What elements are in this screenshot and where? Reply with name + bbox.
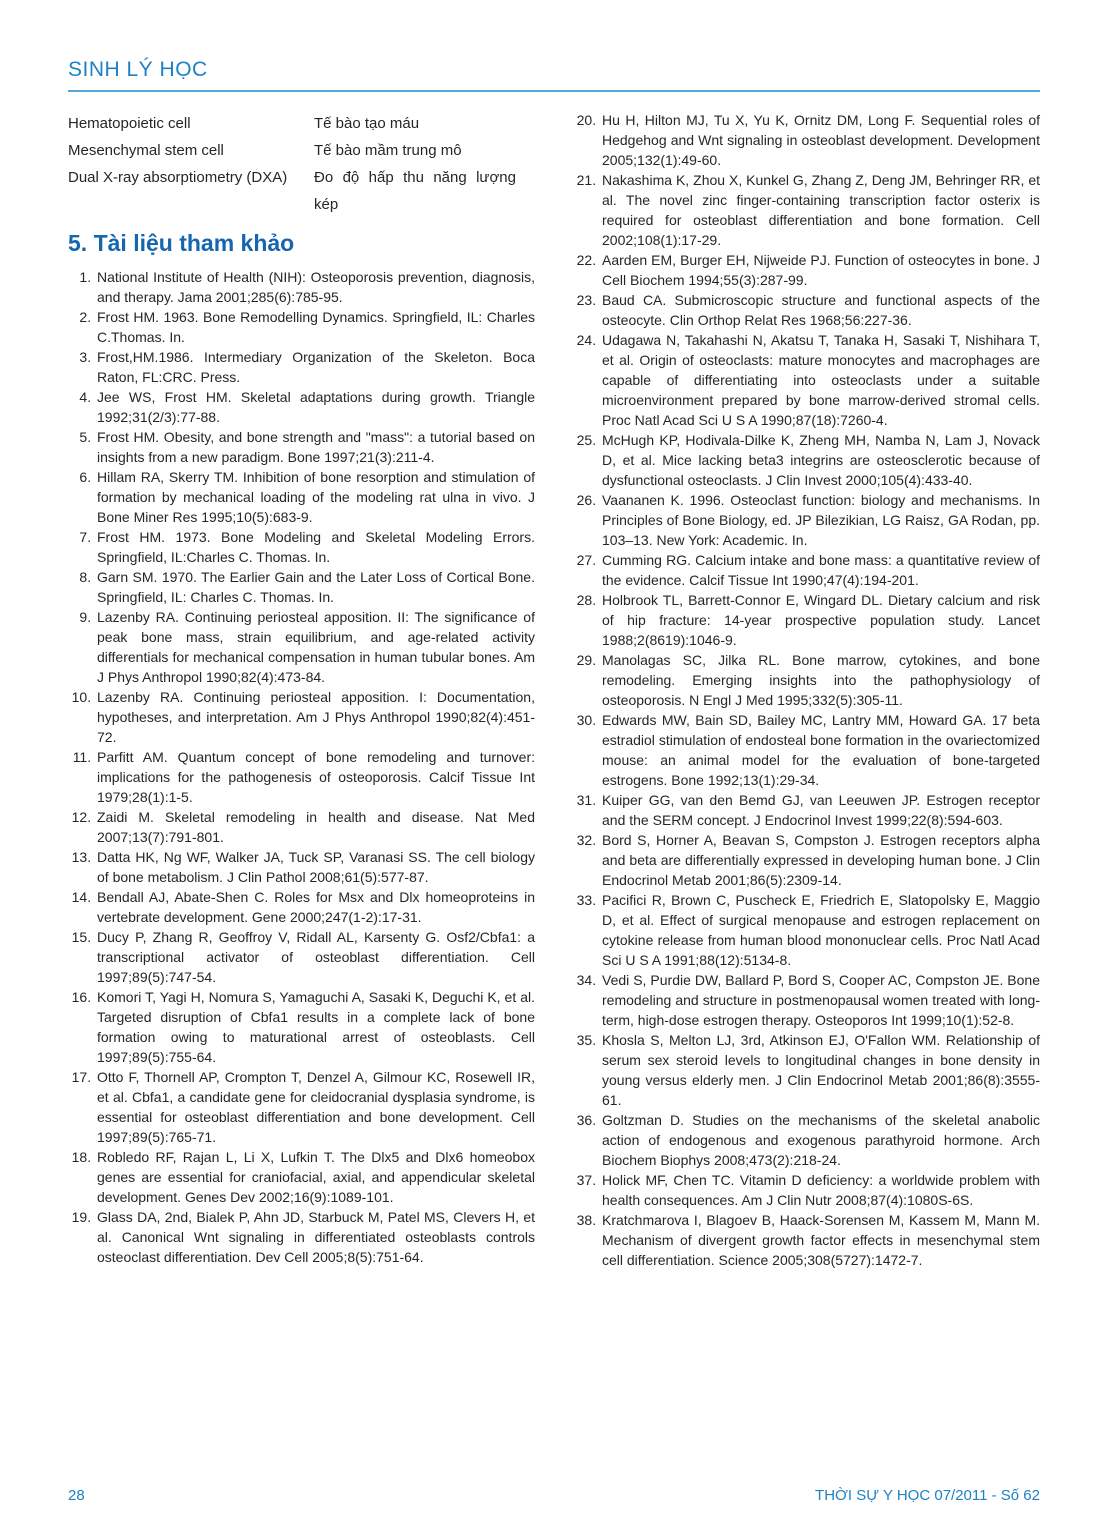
reference-item: Lazenby RA. Continuing periosteal apposi… xyxy=(95,687,535,747)
references-list-left: National Institute of Health (NIH): Oste… xyxy=(68,267,535,1267)
reference-item: Lazenby RA. Continuing periosteal apposi… xyxy=(95,607,535,687)
glossary-term-en: Mesenchymal stem cell xyxy=(68,137,298,164)
reference-item: Nakashima K, Zhou X, Kunkel G, Zhang Z, … xyxy=(600,170,1040,250)
reference-item: Bendall AJ, Abate-Shen C. Roles for Msx … xyxy=(95,887,535,927)
reference-item: McHugh KP, Hodivala-Dilke K, Zheng MH, N… xyxy=(600,430,1040,490)
two-column-layout: Hematopoietic cell Tế bào tạo máu Mesenc… xyxy=(68,110,1040,1270)
reference-item: Aarden EM, Burger EH, Nijweide PJ. Funct… xyxy=(600,250,1040,290)
page-number: 28 xyxy=(68,1487,85,1504)
reference-item: Kuiper GG, van den Bemd GJ, van Leeuwen … xyxy=(600,790,1040,830)
reference-item: Komori T, Yagi H, Nomura S, Yamaguchi A,… xyxy=(95,987,535,1067)
reference-item: Manolagas SC, Jilka RL. Bone marrow, cyt… xyxy=(600,650,1040,710)
glossary-row: Dual X-ray absorptiometry (DXA) Đo độ hấ… xyxy=(68,164,535,218)
reference-item: Frost HM. 1973. Bone Modeling and Skelet… xyxy=(95,527,535,567)
reference-item: Glass DA, 2nd, Bialek P, Ahn JD, Starbuc… xyxy=(95,1207,535,1267)
reference-item: Hu H, Hilton MJ, Tu X, Yu K, Ornitz DM, … xyxy=(600,110,1040,170)
reference-item: Ducy P, Zhang R, Geoffroy V, Ridall AL, … xyxy=(95,927,535,987)
reference-item: Robledo RF, Rajan L, Li X, Lufkin T. The… xyxy=(95,1147,535,1207)
reference-item: Hillam RA, Skerry TM. Inhibition of bone… xyxy=(95,467,535,527)
reference-item: Goltzman D. Studies on the mechanisms of… xyxy=(600,1110,1040,1170)
glossary-term-en: Hematopoietic cell xyxy=(68,110,298,137)
glossary-row: Mesenchymal stem cell Tế bào mầm trung m… xyxy=(68,137,535,164)
glossary-row: Hematopoietic cell Tế bào tạo máu xyxy=(68,110,535,137)
reference-item: Frost HM. 1963. Bone Remodelling Dynamic… xyxy=(95,307,535,347)
reference-item: National Institute of Health (NIH): Oste… xyxy=(95,267,535,307)
reference-item: Datta HK, Ng WF, Walker JA, Tuck SP, Var… xyxy=(95,847,535,887)
reference-item: Vedi S, Purdie DW, Ballard P, Bord S, Co… xyxy=(600,970,1040,1030)
glossary-term-en: Dual X-ray absorptiometry (DXA) xyxy=(68,164,298,218)
reference-item: Jee WS, Frost HM. Skeletal adaptations d… xyxy=(95,387,535,427)
left-column: Hematopoietic cell Tế bào tạo máu Mesenc… xyxy=(68,110,535,1270)
reference-item: Cumming RG. Calcium intake and bone mass… xyxy=(600,550,1040,590)
reference-item: Pacifici R, Brown C, Puscheck E, Friedri… xyxy=(600,890,1040,970)
references-list-right: Hu H, Hilton MJ, Tu X, Yu K, Ornitz DM, … xyxy=(573,110,1040,1270)
reference-item: Khosla S, Melton LJ, 3rd, Atkinson EJ, O… xyxy=(600,1030,1040,1110)
references-heading: 5. Tài liệu tham khảo xyxy=(68,230,535,257)
glossary-term-vi: Đo độ hấp thu năng lượng kép xyxy=(314,164,516,218)
reference-item: Vaananen K. 1996. Osteoclast function: b… xyxy=(600,490,1040,550)
reference-item: Otto F, Thornell AP, Crompton T, Denzel … xyxy=(95,1067,535,1147)
glossary-term-vi: Tế bào tạo máu xyxy=(314,110,516,137)
reference-item: Udagawa N, Takahashi N, Akatsu T, Tanaka… xyxy=(600,330,1040,430)
journal-title: THỜI SỰ Y HỌC 07/2011 - Số 62 xyxy=(815,1487,1040,1504)
journal-page: SINH LÝ HỌC Hematopoietic cell Tế bào tạ… xyxy=(0,0,1108,1520)
right-column: Hu H, Hilton MJ, Tu X, Yu K, Ornitz DM, … xyxy=(573,110,1040,1270)
reference-item: Parfitt AM. Quantum concept of bone remo… xyxy=(95,747,535,807)
reference-item: Kratchmarova I, Blagoev B, Haack-Sorense… xyxy=(600,1210,1040,1270)
reference-item: Zaidi M. Skeletal remodeling in health a… xyxy=(95,807,535,847)
section-header: SINH LÝ HỌC xyxy=(68,58,1040,82)
reference-item: Holbrook TL, Barrett-Connor E, Wingard D… xyxy=(600,590,1040,650)
reference-item: Edwards MW, Bain SD, Bailey MC, Lantry M… xyxy=(600,710,1040,790)
reference-item: Bord S, Horner A, Beavan S, Compston J. … xyxy=(600,830,1040,890)
reference-item: Garn SM. 1970. The Earlier Gain and the … xyxy=(95,567,535,607)
reference-item: Frost HM. Obesity, and bone strength and… xyxy=(95,427,535,467)
reference-item: Baud CA. Submicroscopic structure and fu… xyxy=(600,290,1040,330)
page-footer: 28 THỜI SỰ Y HỌC 07/2011 - Số 62 xyxy=(68,1487,1040,1504)
glossary-term-vi: Tế bào mầm trung mô xyxy=(314,137,516,164)
page-content: SINH LÝ HỌC Hematopoietic cell Tế bào tạ… xyxy=(68,58,1040,1270)
reference-item: Frost,HM.1986. Intermediary Organization… xyxy=(95,347,535,387)
reference-item: Holick MF, Chen TC. Vitamin D deficiency… xyxy=(600,1170,1040,1210)
header-rule xyxy=(68,90,1040,92)
glossary-table: Hematopoietic cell Tế bào tạo máu Mesenc… xyxy=(68,110,535,218)
